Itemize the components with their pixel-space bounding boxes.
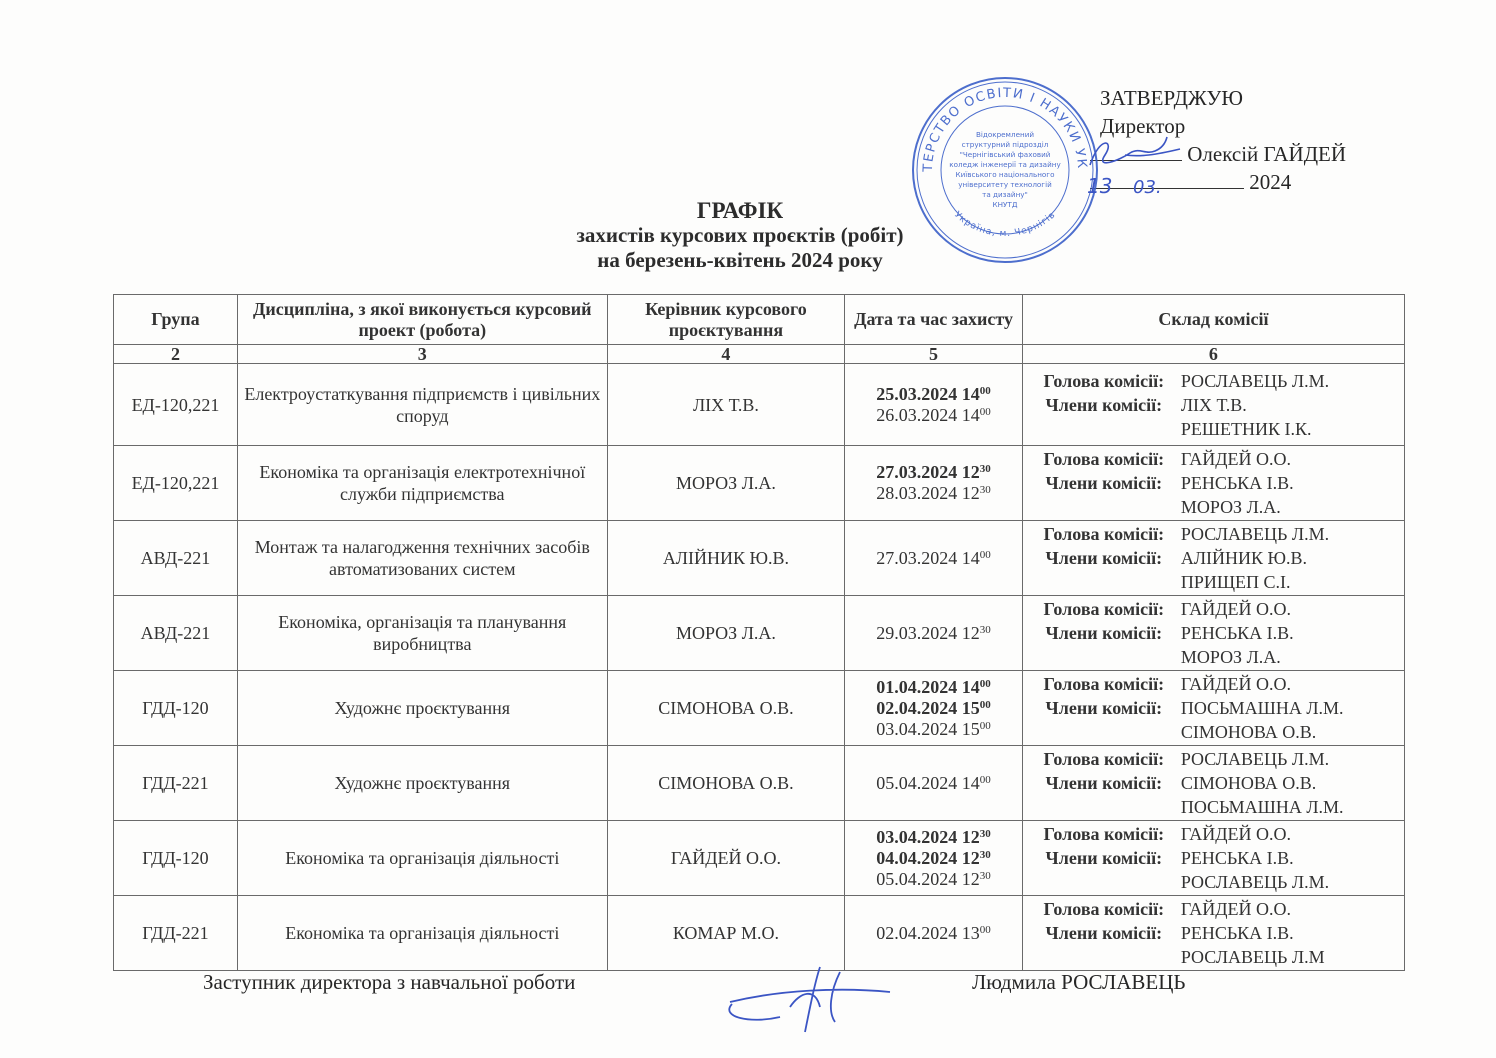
commission-member: ЛІХ Т.В.	[1181, 393, 1247, 417]
svg-text:МІНІСТЕРСТВО ОСВІТИ І НАУКИ УК: МІНІСТЕРСТВО ОСВІТИ І НАУКИ УКРАЇНИ	[910, 75, 1089, 173]
defense-datetime: 03.04.2024 1500	[849, 719, 1018, 740]
footer-position: Заступник директора з навчальної роботи	[203, 970, 575, 995]
commission-member: РОСЛАВЕЦЬ Л.М.	[1181, 870, 1329, 894]
members-label: Члени комісії:	[1027, 621, 1181, 645]
commission-chair: ГАЙДЕЙ О.О.	[1181, 447, 1291, 471]
approval-position: Директор	[1100, 112, 1346, 140]
col-number: 4	[607, 345, 845, 364]
cell-datetime: 27.03.2024 123028.03.2024 1230	[845, 446, 1023, 521]
commission-member: ПРИЩЕП С.І.	[1181, 570, 1291, 594]
commission-member: ПОСЬМАШНА Л.М.	[1181, 696, 1344, 720]
chair-label: Голова комісії:	[1027, 747, 1181, 771]
header-datetime: Дата та час захисту	[845, 295, 1023, 345]
table-row: АВД-221Монтаж та налагодження технічних …	[114, 521, 1405, 596]
commission-member: СІМОНОВА О.В.	[1181, 720, 1316, 744]
date-line	[1090, 170, 1244, 189]
chair-label: Голова комісії:	[1027, 822, 1181, 846]
defense-datetime: 27.03.2024 1400	[849, 548, 1018, 569]
cell-commission: Голова комісії:РОСЛАВЕЦЬ Л.М.Члени коміс…	[1022, 521, 1404, 596]
cell-supervisor: ЛІХ Т.В.	[607, 364, 845, 446]
signature-line	[1090, 142, 1182, 161]
commission-member: РОСЛАВЕЦЬ Л.М	[1181, 945, 1325, 969]
stamp-outer-text: МІНІСТЕРСТВО ОСВІТИ І НАУКИ УКРАЇНИ	[910, 75, 1089, 173]
members-label: Члени комісії:	[1027, 471, 1181, 495]
column-number-row: 2 3 4 5 6	[114, 345, 1405, 364]
commission-member: РЕНСЬКА І.В.	[1181, 471, 1294, 495]
title-subtitle: захистів курсових проєктів (робіт)	[470, 223, 1010, 248]
col-number: 5	[845, 345, 1023, 364]
cell-group: АВД-221	[114, 596, 238, 671]
chair-label: Голова комісії:	[1027, 369, 1181, 393]
cell-discipline: Художнє проєктування	[237, 746, 607, 821]
stamp-inner-text: коледж інженерії та дизайну	[949, 160, 1061, 169]
cell-datetime: 01.04.2024 140002.04.2024 150003.04.2024…	[845, 671, 1023, 746]
cell-supervisor: МОРОЗ Л.А.	[607, 446, 845, 521]
approval-name-line: Олексій ГАЙДЕЙ	[1090, 140, 1346, 168]
chair-label: Голова комісії:	[1027, 522, 1181, 546]
header-group: Група	[114, 295, 238, 345]
approval-date-line: 2024	[1090, 168, 1346, 196]
defense-datetime: 25.03.2024 1400	[849, 384, 1018, 405]
cell-group: ЕД-120,221	[114, 446, 238, 521]
cell-group: ГДД-221	[114, 896, 238, 971]
cell-discipline: Монтаж та налагодження технічних засобів…	[237, 521, 607, 596]
commission-chair: РОСЛАВЕЦЬ Л.М.	[1181, 369, 1329, 393]
chair-label: Голова комісії:	[1027, 897, 1181, 921]
members-label: Члени комісії:	[1027, 696, 1181, 720]
defense-datetime: 29.03.2024 1230	[849, 623, 1018, 644]
table-row: ЕД-120,221Економіка та організація елект…	[114, 446, 1405, 521]
defense-datetime: 28.03.2024 1230	[849, 483, 1018, 504]
defense-datetime: 01.04.2024 1400	[849, 677, 1018, 698]
cell-discipline: Електроустаткування підприємств і цивіль…	[237, 364, 607, 446]
header-discipline: Дисципліна, з якої виконується курсовий …	[237, 295, 607, 345]
commission-chair: ГАЙДЕЙ О.О.	[1181, 822, 1291, 846]
cell-supervisor: ГАЙДЕЙ О.О.	[607, 821, 845, 896]
cell-supervisor: МОРОЗ Л.А.	[607, 596, 845, 671]
table-row: АВД-221Економіка, організація та планува…	[114, 596, 1405, 671]
table-row: ГДД-120Економіка та організація діяльнос…	[114, 821, 1405, 896]
approval-year: 2024	[1249, 170, 1291, 194]
members-label: Члени комісії:	[1027, 846, 1181, 870]
commission-chair: РОСЛАВЕЦЬ Л.М.	[1181, 747, 1329, 771]
commission-member: МОРОЗ Л.А.	[1181, 645, 1281, 669]
cell-discipline: Економіка, організація та планування вир…	[237, 596, 607, 671]
defense-datetime: 03.04.2024 1230	[849, 827, 1018, 848]
members-label: Члени комісії:	[1027, 771, 1181, 795]
cell-group: ГДД-221	[114, 746, 238, 821]
cell-commission: Голова комісії:ГАЙДЕЙ О.О.Члени комісії:…	[1022, 596, 1404, 671]
members-label: Члени комісії:	[1027, 546, 1181, 570]
cell-commission: Голова комісії:ГАЙДЕЙ О.О.Члени комісії:…	[1022, 446, 1404, 521]
table-row: ГДД-221Художнє проєктуванняСІМОНОВА О.В.…	[114, 746, 1405, 821]
cell-commission: Голова комісії:ГАЙДЕЙ О.О.Члени комісії:…	[1022, 671, 1404, 746]
stamp-inner-text: Київського національного	[956, 170, 1055, 179]
stamp-inner-text: університету технологій	[958, 180, 1052, 189]
defense-datetime: 26.03.2024 1400	[849, 405, 1018, 426]
cell-commission: Голова комісії:РОСЛАВЕЦЬ Л.М.Члени коміс…	[1022, 746, 1404, 821]
defense-datetime: 05.04.2024 1230	[849, 869, 1018, 890]
commission-chair: ГАЙДЕЙ О.О.	[1181, 897, 1291, 921]
cell-group: АВД-221	[114, 521, 238, 596]
table-row: ГДД-120Художнє проєктуванняСІМОНОВА О.В.…	[114, 671, 1405, 746]
commission-chair: ГАЙДЕЙ О.О.	[1181, 672, 1291, 696]
cell-datetime: 27.03.2024 1400	[845, 521, 1023, 596]
cell-commission: Голова комісії:ГАЙДЕЙ О.О.Члени комісії:…	[1022, 896, 1404, 971]
commission-member: АЛІЙНИК Ю.В.	[1181, 546, 1307, 570]
commission-member: МОРОЗ Л.А.	[1181, 495, 1281, 519]
cell-commission: Голова комісії:ГАЙДЕЙ О.О.Члени комісії:…	[1022, 821, 1404, 896]
commission-member: РЕШЕТНИК І.К.	[1181, 417, 1312, 441]
title-main: ГРАФІК	[470, 198, 1010, 223]
commission-member: РЕНСЬКА І.В.	[1181, 846, 1294, 870]
cell-discipline: Економіка та організація електротехнічно…	[237, 446, 607, 521]
cell-datetime: 29.03.2024 1230	[845, 596, 1023, 671]
members-label: Члени комісії:	[1027, 921, 1181, 945]
commission-member: РЕНСЬКА І.В.	[1181, 621, 1294, 645]
cell-commission: Голова комісії:РОСЛАВЕЦЬ Л.М.Члени коміс…	[1022, 364, 1404, 446]
cell-discipline: Художнє проєктування	[237, 671, 607, 746]
cell-discipline: Економіка та організація діяльності	[237, 821, 607, 896]
cell-supervisor: КОМАР М.О.	[607, 896, 845, 971]
cell-group: ЕД-120,221	[114, 364, 238, 446]
document-title: ГРАФІК захистів курсових проєктів (робіт…	[470, 198, 1010, 273]
defense-datetime: 27.03.2024 1230	[849, 462, 1018, 483]
chair-label: Голова комісії:	[1027, 447, 1181, 471]
deputy-signature-icon	[720, 962, 900, 1042]
commission-member: РЕНСЬКА І.В.	[1181, 921, 1294, 945]
cell-supervisor: АЛІЙНИК Ю.В.	[607, 521, 845, 596]
cell-group: ГДД-120	[114, 821, 238, 896]
stamp-inner-text: структурний підрозділ	[962, 140, 1049, 149]
members-label: Члени комісії:	[1027, 393, 1181, 417]
chair-label: Голова комісії:	[1027, 597, 1181, 621]
defense-datetime: 05.04.2024 1400	[849, 773, 1018, 794]
schedule-table: Група Дисципліна, з якої виконується кур…	[113, 294, 1405, 971]
commission-member: ПОСЬМАШНА Л.М.	[1181, 795, 1344, 819]
cell-supervisor: СІМОНОВА О.В.	[607, 746, 845, 821]
defense-datetime: 04.04.2024 1230	[849, 848, 1018, 869]
defense-datetime: 02.04.2024 1300	[849, 923, 1018, 944]
title-period: на березень-квітень 2024 року	[470, 248, 1010, 273]
table-row: ГДД-221Економіка та організація діяльнос…	[114, 896, 1405, 971]
cell-datetime: 03.04.2024 123004.04.2024 123005.04.2024…	[845, 821, 1023, 896]
table-header-row: Група Дисципліна, з якої виконується кур…	[114, 295, 1405, 345]
commission-chair: РОСЛАВЕЦЬ Л.М.	[1181, 522, 1329, 546]
col-number: 2	[114, 345, 238, 364]
chair-label: Голова комісії:	[1027, 672, 1181, 696]
cell-datetime: 25.03.2024 140026.03.2024 1400	[845, 364, 1023, 446]
col-number: 3	[237, 345, 607, 364]
cell-group: ГДД-120	[114, 671, 238, 746]
commission-chair: ГАЙДЕЙ О.О.	[1181, 597, 1291, 621]
stamp-inner-text: "Чернігівський фаховий	[960, 150, 1051, 159]
defense-datetime: 02.04.2024 1500	[849, 698, 1018, 719]
cell-discipline: Економіка та організація діяльності	[237, 896, 607, 971]
cell-datetime: 05.04.2024 1400	[845, 746, 1023, 821]
approval-heading: ЗАТВЕРДЖУЮ	[1100, 84, 1346, 112]
col-number: 6	[1022, 345, 1404, 364]
table-row: ЕД-120,221Електроустаткування підприємст…	[114, 364, 1405, 446]
cell-datetime: 02.04.2024 1300	[845, 896, 1023, 971]
header-commission: Склад комісії	[1022, 295, 1404, 345]
cell-supervisor: СІМОНОВА О.В.	[607, 671, 845, 746]
approval-block: ЗАТВЕРДЖУЮ Директор Олексій ГАЙДЕЙ 2024	[1100, 84, 1346, 196]
footer-name: Людмила РОСЛАВЕЦЬ	[972, 970, 1185, 995]
approval-name: Олексій ГАЙДЕЙ	[1187, 142, 1346, 166]
stamp-inner-text: Відокремлений	[976, 130, 1034, 139]
header-supervisor: Керівник курсового проєктування	[607, 295, 845, 345]
commission-member: СІМОНОВА О.В.	[1181, 771, 1316, 795]
